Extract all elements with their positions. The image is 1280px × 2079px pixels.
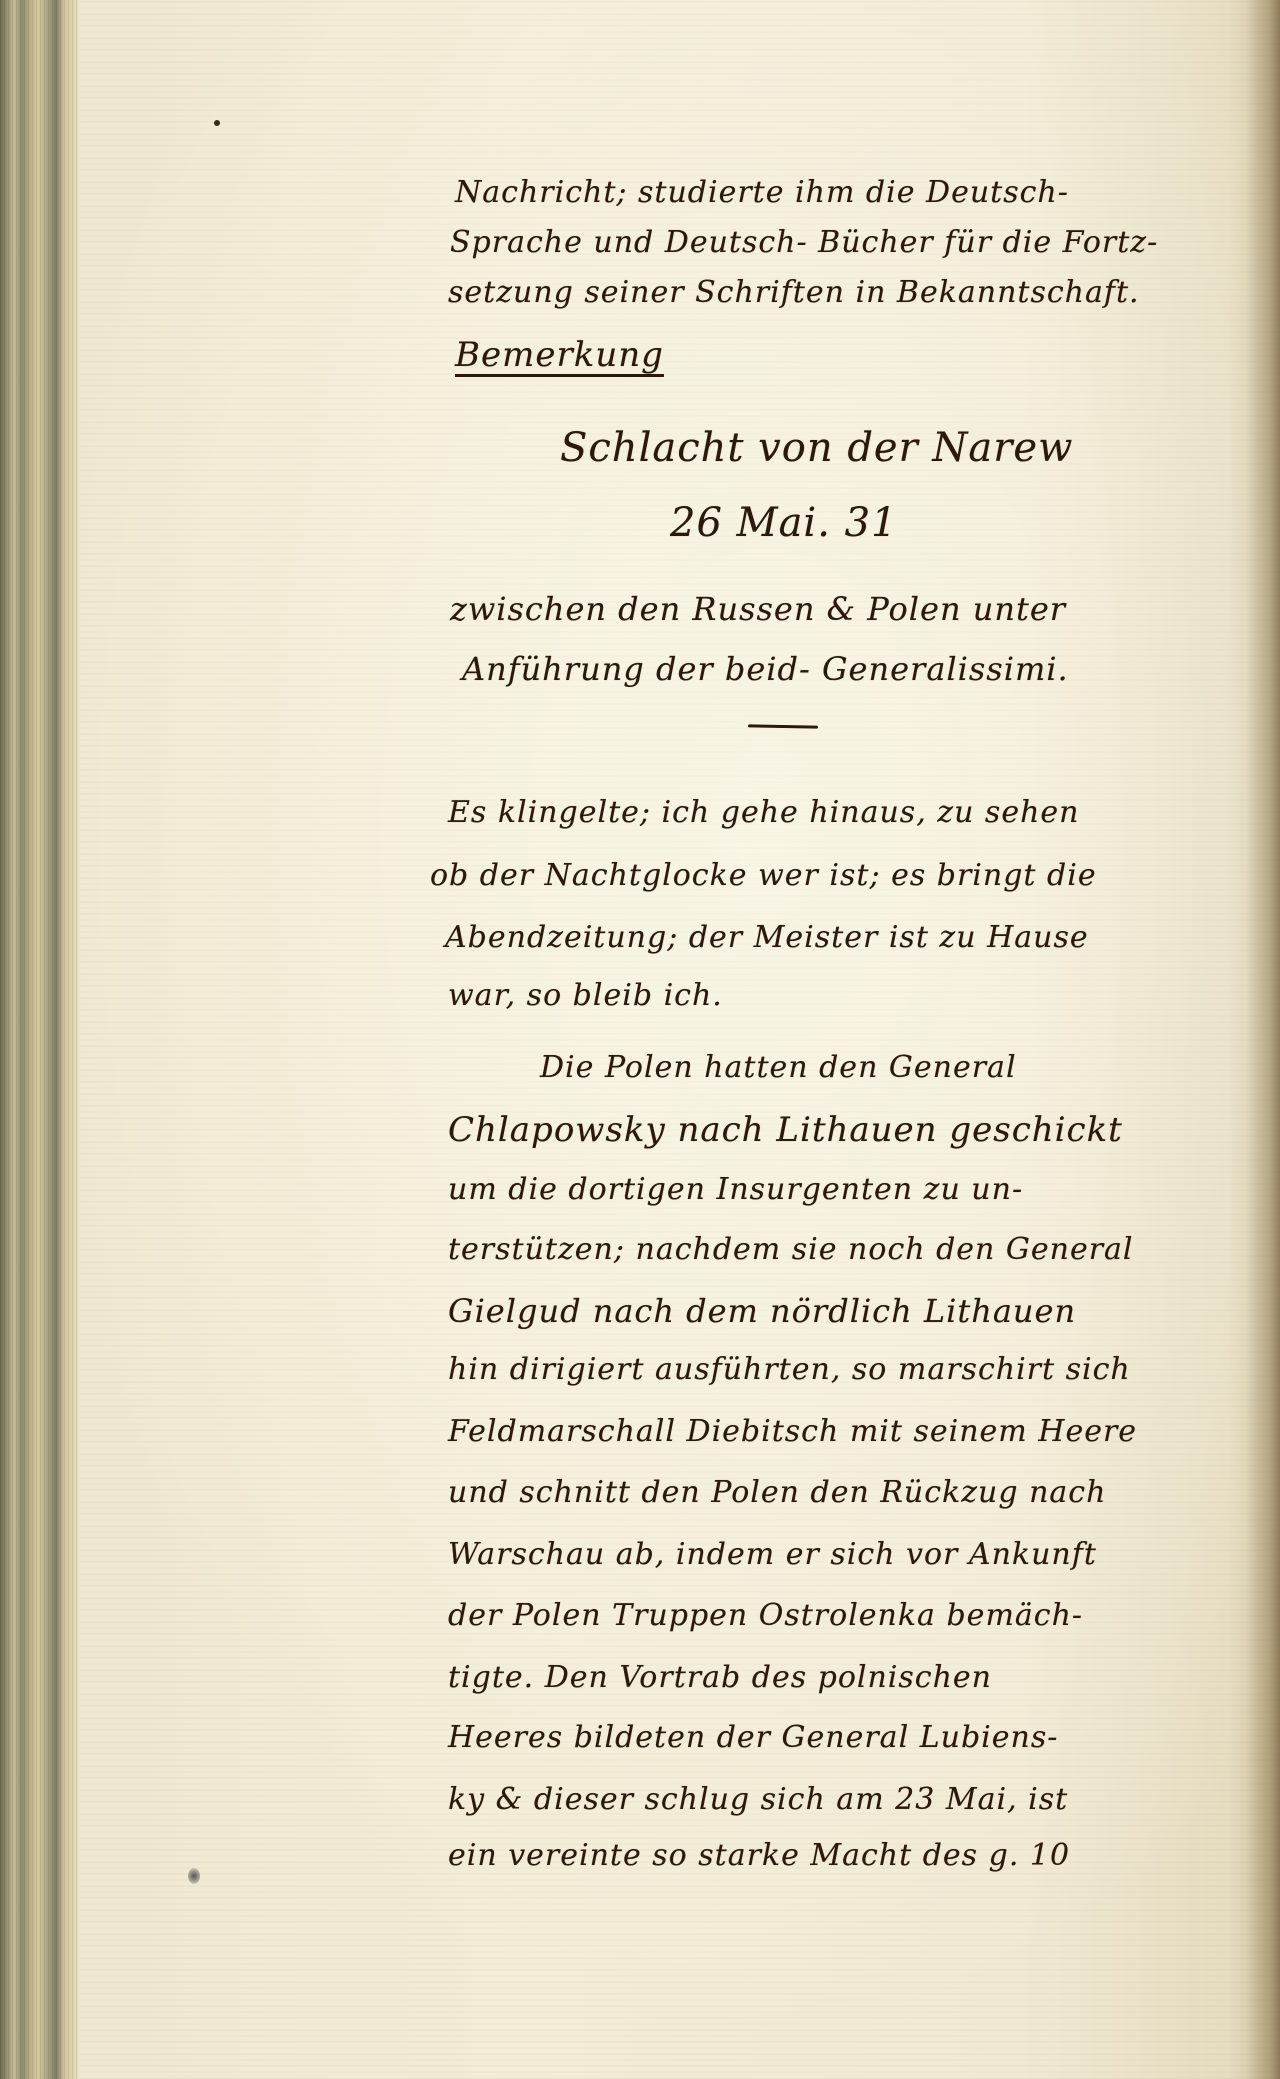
text-line: ob der Nachtglocke wer ist; es bringt di… <box>430 858 1097 893</box>
text-line: setzung seiner Schriften in Bekanntschaf… <box>448 275 1140 310</box>
battle-date: 26 Mai. 31 <box>670 500 898 546</box>
text-line: um die dortigen Insurgenten zu un- <box>448 1172 1023 1207</box>
text-line: ky & dieser schlug sich am 23 Mai, ist <box>448 1782 1068 1817</box>
text-line: hin dirigiert ausführten, so marschirt s… <box>448 1352 1131 1387</box>
manuscript-page: Nachricht; studierte ihm die Deutsch- Sp… <box>0 0 1280 2079</box>
section-heading: Bemerkung <box>455 335 664 375</box>
text-line: Heeres bildeten der General Lubiens- <box>448 1720 1058 1755</box>
section-divider <box>748 724 818 728</box>
text-line: Sprache und Deutsch- Bücher für die Fort… <box>450 225 1158 260</box>
binding-gutter <box>1246 0 1280 2079</box>
text-line: Chlapowsky nach Lithauen geschickt <box>448 1110 1123 1150</box>
battle-title: Schlacht von der Narew <box>560 425 1073 471</box>
subtitle-line: zwischen den Russen & Polen unter <box>450 590 1066 628</box>
text-line: ein vereinte so starke Macht des g. 10 <box>448 1838 1070 1873</box>
text-line: und schnitt den Polen den Rückzug nach <box>448 1475 1106 1510</box>
text-line: terstützen; nachdem sie noch den General <box>448 1232 1134 1267</box>
text-line: Nachricht; studierte ihm die Deutsch- <box>455 175 1069 210</box>
fore-edge-texture <box>0 0 80 2079</box>
text-line: Die Polen hatten den General <box>540 1050 1017 1085</box>
text-line: tigte. Den Vortrab des polnischen <box>448 1660 992 1695</box>
ink-smudge <box>188 1868 200 1884</box>
text-line: Warschau ab, indem er sich vor Ankunft <box>448 1537 1097 1572</box>
ink-speck <box>214 120 220 126</box>
text-line: Abendzeitung; der Meister ist zu Hause <box>445 920 1089 955</box>
text-line: Gielgud nach dem nördlich Lithauen <box>448 1292 1076 1330</box>
text-line: Es klingelte; ich gehe hinaus, zu sehen <box>448 795 1079 830</box>
text-line: war, so bleib ich. <box>448 978 723 1013</box>
book-fore-edge <box>0 0 80 2079</box>
text-line: Feldmarschall Diebitsch mit seinem Heere <box>448 1414 1137 1449</box>
subtitle-line: Anführung der beid- Generalissimi. <box>462 650 1069 688</box>
text-line: der Polen Truppen Ostrolenka bemäch- <box>448 1598 1083 1633</box>
